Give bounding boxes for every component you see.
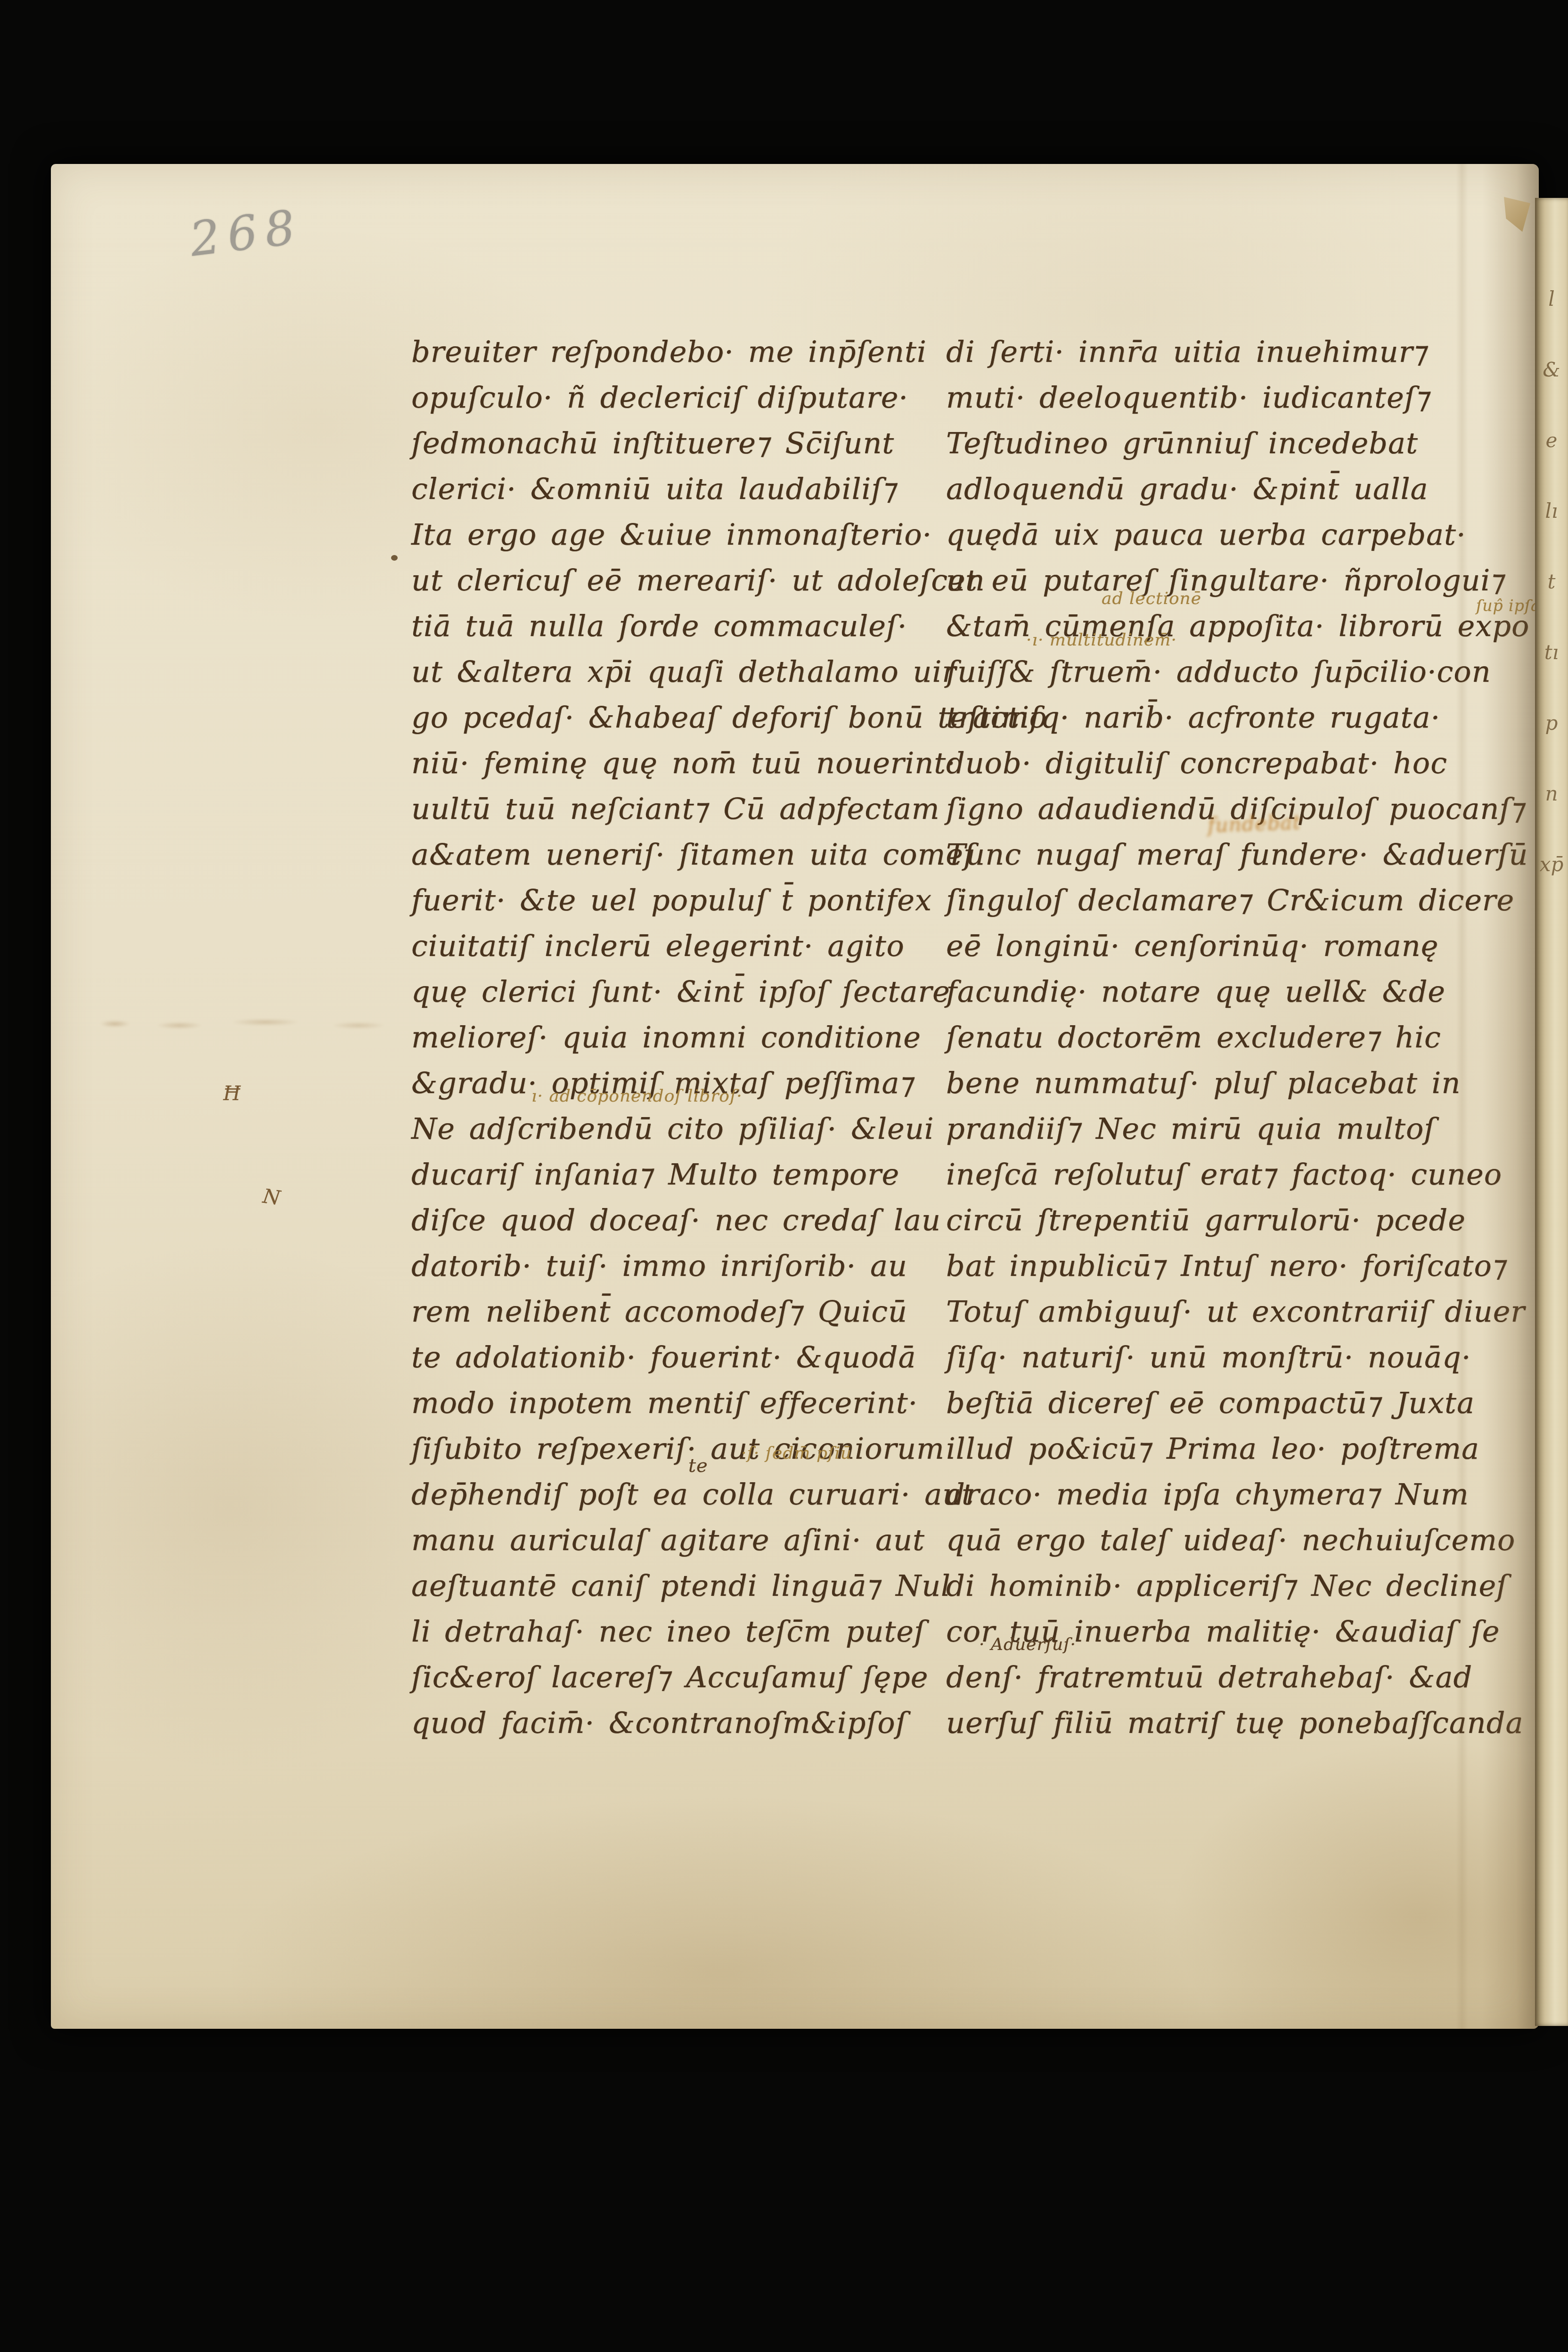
edge-partial-letter: n [1535, 759, 1568, 829]
edge-partial-letter: tı [1535, 617, 1568, 688]
manuscript-line: a&atem ueneriſ· ſitamen uita comeſ [411, 832, 967, 877]
manuscript-line: tiā tuā nulla ſorde commaculeſ· [411, 603, 967, 649]
manuscript-line: ut clericuſ eē mereariſ· ut adoleſcen [411, 557, 967, 603]
parchment-page: 268 breuiter reſpondebo· me inp̄ſentiopu… [51, 164, 1539, 2029]
manuscript-line: quę clerici ſunt· &int̄ ipſoſ ſectare [411, 969, 967, 1014]
edge-partial-letter: lı [1535, 476, 1568, 547]
folio-number-pencil: 268 [187, 199, 305, 267]
manuscript-photo: { "photo": { "background_color": "#07070… [0, 0, 1568, 2352]
manuscript-line: ducariſ inſania⁊ Multo tempore [411, 1151, 967, 1197]
gloss-te-correction: te [688, 1455, 708, 1477]
manuscript-line: melioreſ· quia inomni conditione [411, 1014, 967, 1060]
margin-mark-h: Ħ [223, 1082, 241, 1105]
manuscript-line: manu auriculaſ agitare aſini· aut [411, 1517, 967, 1563]
next-folio-edge-letters: l&elıttıpnxp̄ [1535, 198, 1568, 900]
parchment-crease [1456, 164, 1468, 2029]
manuscript-line: modo inpotem mentiſ effecerint· [411, 1380, 967, 1426]
gloss-secundum-persium: ·ſ· ſedm̄ pſiū [741, 1444, 852, 1463]
show-through-stain [79, 1007, 437, 1040]
manuscript-line: quod facim̄· &contranoſm&ipſoſ [411, 1700, 967, 1746]
manuscript-line: ut &altera xp̄i quaſi dethalamo uir [411, 649, 967, 694]
ink-speck [391, 555, 398, 561]
fore-edge-shading [1482, 164, 1539, 2029]
manuscript-line: breuiter reſpondebo· me inp̄ſenti [411, 329, 967, 375]
left-text-column: breuiter reſpondebo· me inp̄ſentiopuſcul… [411, 329, 967, 1746]
manuscript-line: aeſtuantē caniſ ptendi linguā⁊ Nul [411, 1563, 967, 1609]
edge-partial-letter: e [1535, 405, 1568, 476]
gloss-aduersus: · Aduerſuſ· [979, 1635, 1076, 1654]
manuscript-line: go pcedaſ· &habeaſ deforiſ bonū teſtimo [411, 694, 967, 740]
gloss-multitudinem: ·ı· multitudinem̄· [1026, 630, 1177, 650]
edge-partial-letter: l [1535, 264, 1568, 335]
manuscript-line: diſce quod doceaſ· nec credaſ lau [411, 1197, 967, 1243]
edge-partial-letter: & [1535, 335, 1568, 405]
manuscript-line: li detrahaſ· nec ineo teſc̄m puteſ [411, 1609, 967, 1654]
manuscript-line: te adolationib· fouerint· &quodā [411, 1334, 967, 1380]
manuscript-line: dep̄hendiſ poſt ea colla curuari· aut [411, 1471, 967, 1517]
margin-mark-n: N [261, 1184, 282, 1210]
edge-partial-letter: p [1535, 688, 1568, 759]
manuscript-line: ſic&eroſ lacereſ⁊ Accuſamuſ ſępe [411, 1654, 967, 1700]
manuscript-line: clerici· &omniū uita laudabiliſ⁊ [411, 466, 967, 512]
manuscript-line: Ita ergo age &uiue inmonaſterio· [411, 512, 967, 557]
manuscript-line: ciuitatiſ inclerū elegerint· agito [411, 923, 967, 969]
edge-partial-letter: xp̄ [1535, 829, 1568, 900]
manuscript-line: Ne adſcribendū cito pſiliaſ· &leui [411, 1106, 967, 1151]
gloss-ad-lectionem: ad lectionē [1102, 589, 1201, 608]
edge-partial-letter: t [1535, 547, 1568, 617]
gloss-ad-componendos-libros: ı· ad cōponendoſ libroſ· [531, 1086, 743, 1106]
manuscript-line: rem nelibent̄ accomodeſ⁊ Quicū [411, 1289, 967, 1334]
manuscript-line: opuſculo· ñ declericiſ diſputare· [411, 375, 967, 420]
manuscript-line: datorib· tuiſ· immo inriſorib· au [411, 1243, 967, 1289]
manuscript-line: uultū tuū neſciant⁊ Cū adpfectam [411, 786, 967, 832]
manuscript-line: ſedmonachū inſtituere⁊ Sc̄iſunt [411, 420, 967, 466]
manuscript-line: niū· feminę quę nom̄ tuū nouerint· [411, 740, 967, 786]
manuscript-line: fuerit· &te uel populuſ t̄ pontifex [411, 877, 967, 923]
next-folio-edge: l&elıttıpnxp̄ [1535, 198, 1568, 2026]
